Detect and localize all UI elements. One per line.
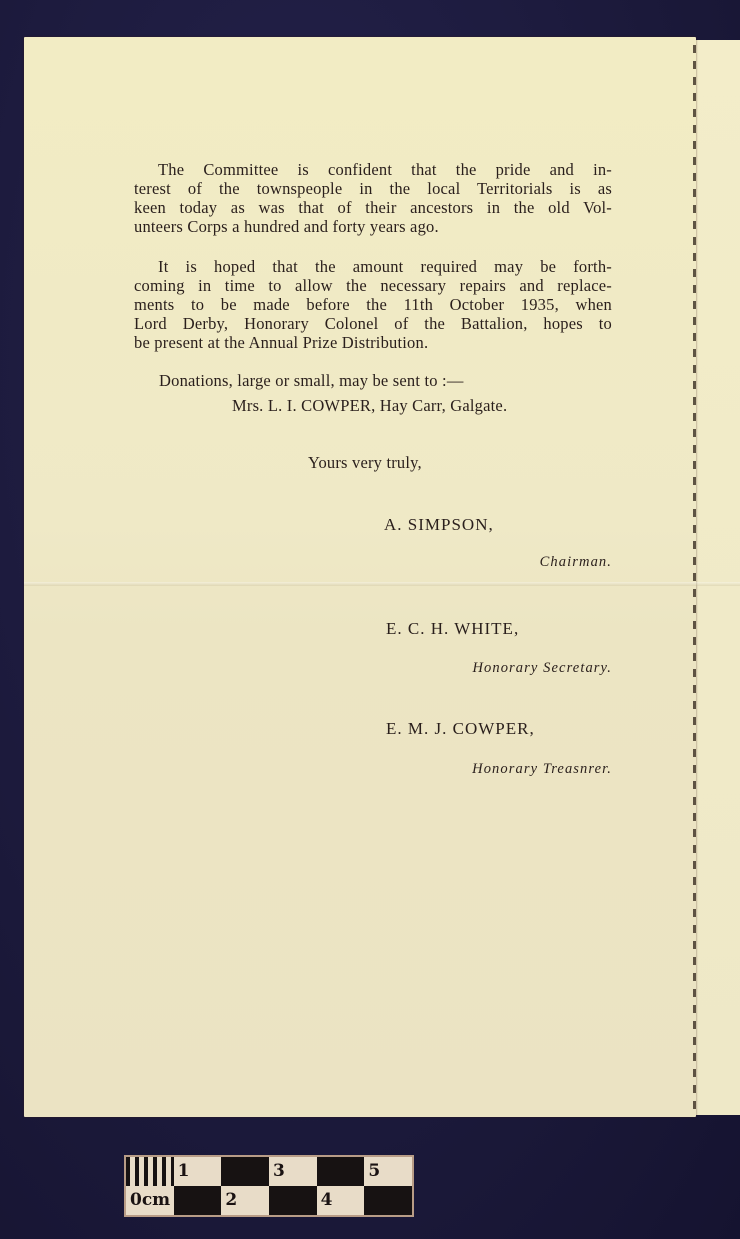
signatory-name-chairman: A. SIMPSON, [384, 515, 494, 534]
paragraph-hoped: It is hoped that the amount required may… [134, 257, 612, 352]
scale-block-dark [364, 1186, 412, 1215]
signatory-title-chairman: Chairman. [540, 553, 612, 572]
text-line: be present at the Annual Prize Distribut… [134, 333, 612, 352]
scale-block-dark [317, 1157, 365, 1186]
signatory-name-secretary: E. C. H. WHITE, [386, 619, 519, 638]
scale-block-dark [269, 1186, 317, 1215]
signatory-name-treasurer: E. M. J. COWPER, [386, 719, 535, 738]
signatory-title-treasurer: Honorary Treasnrer. [472, 760, 612, 779]
scale-label-5: 5 [364, 1157, 412, 1186]
scale-block-dark [174, 1186, 222, 1215]
text-line: Lord Derby, Honorary Colonel of the Batt… [134, 314, 612, 333]
text-line: terest of the townspeople in the local T… [134, 179, 612, 198]
scale-bar: 1 3 5 0cm 2 4 [124, 1155, 414, 1217]
closing-salutation: Yours very truly, [308, 453, 422, 472]
text-line: keen today as was that of their ancestor… [134, 198, 612, 217]
text-line: unteers Corps a hundred and forty years … [134, 217, 612, 236]
donations-address: Mrs. L. I. COWPER, Hay Carr, Galgate. [232, 396, 507, 415]
text-line: It is hoped that the amount required may… [134, 257, 612, 276]
scale-label-4: 4 [317, 1186, 365, 1215]
paragraph-committee: The Committee is confident that the prid… [134, 160, 612, 236]
signatory-title-secretary: Honorary Secretary. [472, 659, 612, 678]
scale-label-3: 3 [269, 1157, 317, 1186]
scale-label-0cm: 0cm [126, 1186, 174, 1215]
scale-label-2: 2 [221, 1186, 269, 1215]
donations-line: Donations, large or small, may be sent t… [159, 371, 464, 390]
text-line: The Committee is confident that the prid… [134, 160, 612, 179]
scale-block-dark [221, 1157, 269, 1186]
text-line: coming in time to allow the necessary re… [134, 276, 612, 295]
paper-fold [24, 582, 740, 586]
scale-label-1: 1 [174, 1157, 222, 1186]
scale-mm-ticks [126, 1157, 174, 1186]
perforation-line [693, 45, 696, 1110]
text-line: ments to be made before the 11th October… [134, 295, 612, 314]
adjacent-page [696, 40, 740, 1115]
